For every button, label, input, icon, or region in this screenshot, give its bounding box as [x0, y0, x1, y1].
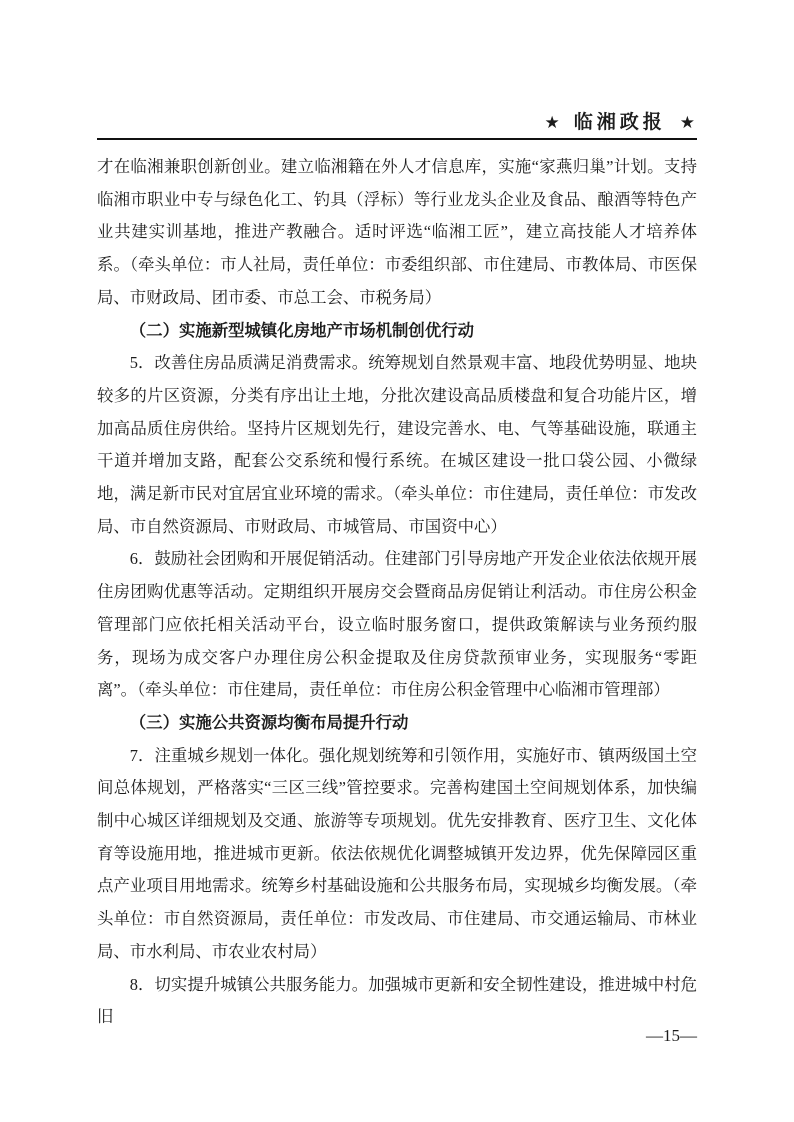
paragraph: 5．改善住房品质满足消费需求。统筹规划自然景观丰富、地段优势明显、地块较多的片区…	[97, 347, 697, 543]
star-icon: ★	[680, 112, 695, 134]
document-body: 才在临湘兼职创新创业。建立临湘籍在外人才信息库，实施“家燕归巢”计划。支持临湘市…	[97, 151, 697, 1034]
paragraph: 才在临湘兼职创新创业。建立临湘籍在外人才信息库，实施“家燕归巢”计划。支持临湘市…	[97, 151, 697, 315]
paragraph: 7．注重城乡规划一体化。强化规划统筹和引领作用，实施好市、镇两级国土空间总体规划…	[97, 740, 697, 969]
paragraph: 6．鼓励社会团购和开展促销活动。住建部门引导房地产开发企业依法依规开展住房团购优…	[97, 543, 697, 707]
section-heading: （三）实施公共资源均衡布局提升行动	[97, 707, 697, 740]
section-heading: （二）实施新型城镇化房地产市场机制创优行动	[97, 315, 697, 348]
star-icon: ★	[544, 112, 559, 134]
gazette-masthead: ★ 临湘政报 ★	[544, 112, 697, 134]
page-header: ★ 临湘政报 ★	[97, 112, 697, 140]
paragraph: 8．切实提升城镇公共服务能力。加强城市更新和安全韧性建设，推进城中村危旧	[97, 969, 697, 1034]
gazette-title: 临湘政报	[574, 112, 666, 134]
page-footer: —15—	[97, 1026, 709, 1046]
document-page: ★ 临湘政报 ★ 才在临湘兼职创新创业。建立临湘籍在外人才信息库，实施“家燕归巢…	[0, 0, 794, 1122]
page-number: —15—	[646, 1026, 697, 1045]
